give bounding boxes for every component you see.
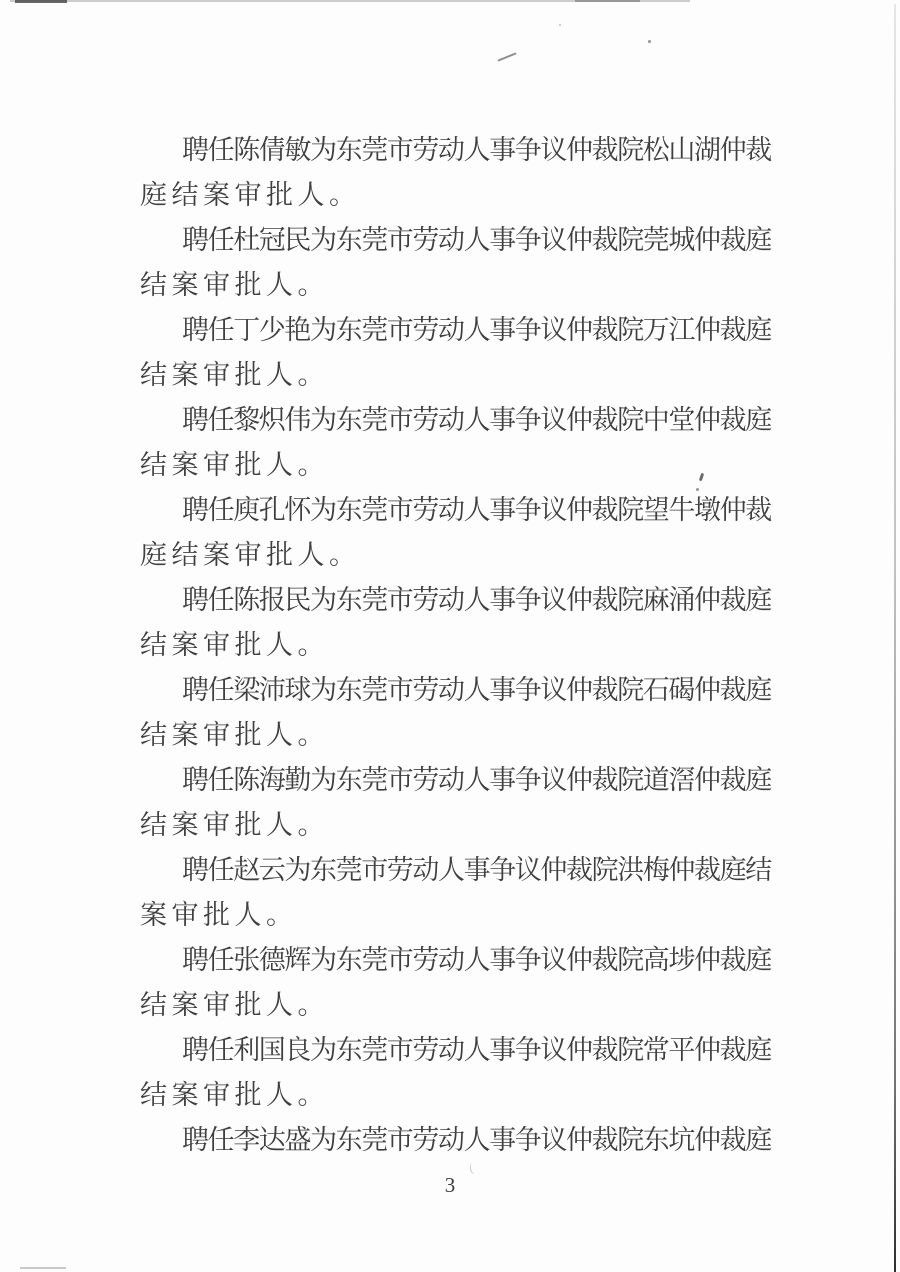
paragraph-first-line: 聘任黎炽伟为东莞市劳动人事争议仲裁院中堂仲裁庭 (140, 398, 780, 443)
paragraph-first-line: 聘任陈报民为东莞市劳动人事争议仲裁院麻涌仲裁庭 (140, 578, 780, 623)
paragraph-first-line: 聘任利国良为东莞市劳动人事争议仲裁院常平仲裁庭 (140, 1028, 780, 1073)
paragraph-first-line: 聘任赵云为东莞市劳动人事争议仲裁院洪梅仲裁庭结 (140, 848, 780, 893)
document-body: 聘任陈倩敏为东莞市劳动人事争议仲裁院松山湖仲裁 庭结案审批人。 聘任杜冠民为东莞… (140, 128, 780, 1163)
paragraph-first-line: 聘任梁沛球为东莞市劳动人事争议仲裁院石碣仲裁庭 (140, 668, 780, 713)
appointment-paragraph: 聘任杜冠民为东莞市劳动人事争议仲裁院莞城仲裁庭 结案审批人。 (140, 218, 780, 308)
scan-right-edge-line (894, 4, 896, 1272)
paragraph-continuation-line: 庭结案审批人。 (140, 533, 780, 578)
scanned-document-page: 聘任陈倩敏为东莞市劳动人事争议仲裁院松山湖仲裁 庭结案审批人。 聘任杜冠民为东莞… (0, 0, 900, 1272)
page-number: 3 (0, 1171, 900, 1199)
appointment-paragraph: 聘任丁少艳为东莞市劳动人事争议仲裁院万江仲裁庭 结案审批人。 (140, 308, 780, 398)
paragraph-continuation-line: 结案审批人。 (140, 803, 780, 848)
appointment-paragraph: 聘任梁沛球为东莞市劳动人事争议仲裁院石碣仲裁庭 结案审批人。 (140, 668, 780, 758)
appointment-paragraph: 聘任陈海勤为东莞市劳动人事争议仲裁院道滘仲裁庭 结案审批人。 (140, 758, 780, 848)
appointment-paragraph: 聘任李达盛为东莞市劳动人事争议仲裁院东坑仲裁庭 (140, 1118, 780, 1163)
paragraph-continuation-line: 结案审批人。 (140, 1073, 780, 1118)
appointment-paragraph: 聘任黎炽伟为东莞市劳动人事争议仲裁院中堂仲裁庭 结案审批人。 (140, 398, 780, 488)
paragraph-continuation-line: 结案审批人。 (140, 353, 780, 398)
appointment-paragraph: 聘任利国良为东莞市劳动人事争议仲裁院常平仲裁庭 结案审批人。 (140, 1028, 780, 1118)
appointment-paragraph: 聘任陈报民为东莞市劳动人事争议仲裁院麻涌仲裁庭 结案审批人。 (140, 578, 780, 668)
scan-slash-mark (497, 52, 516, 61)
scan-top-edge-dark-segment (15, 0, 67, 3)
paragraph-continuation-line: 结案审批人。 (140, 983, 780, 1028)
scan-top-edge-line (10, 0, 690, 2)
paragraph-continuation-line: 结案审批人。 (140, 713, 780, 758)
appointment-paragraph: 聘任陈倩敏为东莞市劳动人事争议仲裁院松山湖仲裁 庭结案审批人。 (140, 128, 780, 218)
paragraph-first-line: 聘任杜冠民为东莞市劳动人事争议仲裁院莞城仲裁庭 (140, 218, 780, 263)
scan-speck (559, 24, 561, 26)
paragraph-first-line: 聘任庾孔怀为东莞市劳动人事争议仲裁院望牛墩仲裁 (140, 488, 780, 533)
scan-top-edge-mid-segment (575, 0, 640, 2)
scan-speck (648, 40, 651, 43)
paragraph-first-line: 聘任陈海勤为东莞市劳动人事争议仲裁院道滘仲裁庭 (140, 758, 780, 803)
scan-bottom-edge-dash (20, 1267, 66, 1269)
paragraph-first-line: 聘任张德辉为东莞市劳动人事争议仲裁院高埗仲裁庭 (140, 938, 780, 983)
paragraph-first-line: 聘任陈倩敏为东莞市劳动人事争议仲裁院松山湖仲裁 (140, 128, 780, 173)
paragraph-continuation-line: 庭结案审批人。 (140, 173, 780, 218)
paragraph-continuation-line: 结案审批人。 (140, 623, 780, 668)
paragraph-first-line: 聘任丁少艳为东莞市劳动人事争议仲裁院万江仲裁庭 (140, 308, 780, 353)
paragraph-first-line: 聘任李达盛为东莞市劳动人事争议仲裁院东坑仲裁庭 (140, 1118, 780, 1163)
paragraph-continuation-line: 案审批人。 (140, 893, 780, 938)
paragraph-continuation-line: 结案审批人。 (140, 443, 780, 488)
appointment-paragraph: 聘任庾孔怀为东莞市劳动人事争议仲裁院望牛墩仲裁 庭结案审批人。 (140, 488, 780, 578)
appointment-paragraph: 聘任赵云为东莞市劳动人事争议仲裁院洪梅仲裁庭结 案审批人。 (140, 848, 780, 938)
paragraph-continuation-line: 结案审批人。 (140, 263, 780, 308)
appointment-paragraph: 聘任张德辉为东莞市劳动人事争议仲裁院高埗仲裁庭 结案审批人。 (140, 938, 780, 1028)
